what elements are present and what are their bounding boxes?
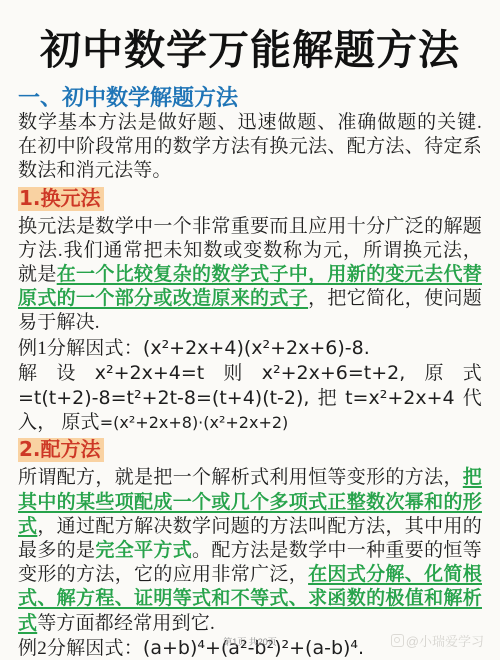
- example-1-line: 例1分解因式：(x²+2x+4)(x²+2x+6)-8.: [18, 336, 482, 361]
- section-heading: 一、初中数学解题方法: [18, 85, 482, 111]
- text-segment: t=x²+2x+4: [345, 387, 455, 409]
- page-title: 初中数学万能解题方法: [18, 22, 482, 78]
- text-segment: =t(t+2)-8=t²+2t-8=(t+4)(t-2),: [18, 387, 309, 409]
- method-1-paragraph: 换元法是数学中一个非常重要而且应用十分广泛的解题方法.我们通常把未知数或变数称为…: [18, 215, 482, 336]
- text-segment: 完全平方式: [95, 540, 192, 561]
- camera-logo-icon: [391, 634, 404, 647]
- text-segment: 把: [309, 388, 345, 409]
- solution-1-line: 解设x²+2x+4=t则x²+2x+6=t+2,原式=t(t+2)-8=t²+2…: [18, 361, 482, 436]
- method-2-heading-row: 2.配方法: [18, 438, 482, 464]
- text-segment: =(x²+2x+8)·(x²+2x+2): [100, 413, 289, 432]
- method-2-heading: 2.配方法: [18, 438, 104, 462]
- method-2-paragraph: 所谓配方，就是把一个解析式利用恒等变形的方法，把其中的某些项配成一个或几个多项式…: [18, 466, 482, 635]
- page-indicator: 第1页 共20页: [223, 637, 277, 647]
- text-segment: 则: [204, 363, 262, 384]
- method-1-heading: 1.换元法: [18, 187, 104, 211]
- text-segment: x²+2x+6=t+2,: [262, 362, 406, 384]
- text-segment: 例1分解因式：: [18, 338, 143, 359]
- text-segment: x²+2x+4=t: [95, 362, 205, 384]
- text-segment: 数学基本方法是做好题、迅速做题、准确做题的关键.在初中阶段常用的数学方法有换元法…: [18, 112, 482, 181]
- text-segment: 等方面都经常用到它.: [37, 613, 215, 634]
- text-segment: 所谓配方，就是把一个解析式利用恒等变形的方法，: [18, 467, 463, 488]
- watermark: @小瑞爱学习: [391, 631, 484, 650]
- method-1-heading-row: 1.换元法: [18, 187, 482, 213]
- text-segment: 解设: [18, 363, 95, 384]
- text-segment: (x²+2x+4)(x²+2x+6)-8.: [143, 337, 370, 359]
- document-page: 初中数学万能解题方法 一、初中数学解题方法 数学基本方法是做好题、迅速做题、准确…: [0, 0, 500, 660]
- intro-paragraph: 数学基本方法是做好题、迅速做题、准确做题的关键.在初中阶段常用的数学方法有换元法…: [18, 111, 482, 184]
- text-segment: 原式: [405, 363, 482, 384]
- watermark-text: @小瑞爱学习: [406, 631, 484, 650]
